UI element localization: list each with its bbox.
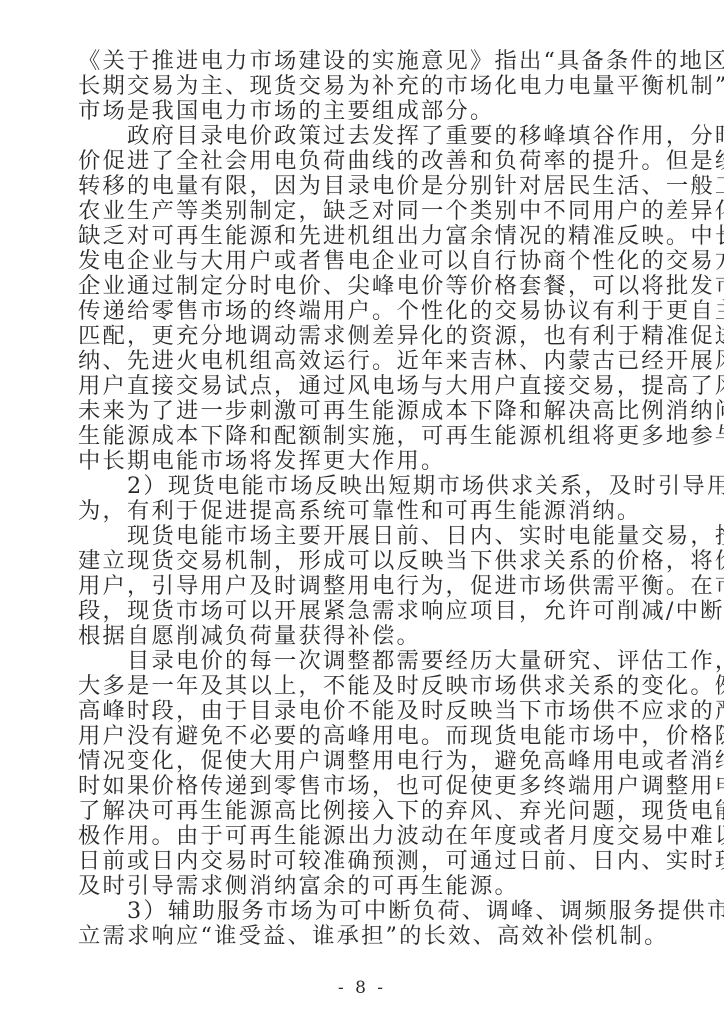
text-line: 发电企业与大用户或者售电企业可以自行协商个性化的交易方案，同时售电 [78, 249, 644, 274]
paragraph: 目录电价的每一次调整都需要经历大量研究、评估工作，调整周期较长， 大多是一年及其… [78, 649, 644, 899]
text-line: 传递给零售市场的终端用户。个性化的交易协议有利于更自主、灵活的负荷 [78, 299, 644, 324]
text-line: 2）现货电能市场反映出短期市场供求关系，及时引导用户调整用电行 [78, 474, 644, 499]
text-line: 匹配，更充分地调动需求侧差异化的资源，也有利于精准促进可再生能源消 [78, 324, 644, 349]
text-line: 根据自愿削减负荷量获得补偿。 [78, 624, 644, 649]
text-line: 长期交易为主、现货交易为补充的市场化电力电量平衡机制”，中长期电能 [78, 74, 644, 99]
text-line: 高峰时段，由于目录电价不能及时反映当下市场供不应求的严重情况，许多 [78, 699, 644, 724]
text-line: 用户直接交易试点，通过风电场与大用户直接交易，提高了风电利用小时。 [78, 374, 644, 399]
text-line: 情况变化，促使大用户调整用电行为，避免高峰用电或者消纳过剩电力，同 [78, 749, 644, 774]
text-line: 用户，引导用户及时调整用电行为，促进市场供需平衡。在市场发展成熟阶 [78, 574, 644, 599]
text-line: 农业生产等类别制定，缺乏对同一个类别中不同用户的差异化考虑，同时也 [78, 199, 644, 224]
text-line: 建立现货交易机制，形成可以反映当下供求关系的价格，将价格信号传递给 [78, 549, 644, 574]
text-line: 未来为了进一步刺激可再生能源成本下降和解决高比例消纳问题，随着可再 [78, 399, 644, 424]
text-line: 极作用。由于可再生能源出力波动在年度或者月度交易中难以准确预测，而 [78, 824, 644, 849]
text-line: 时如果价格传递到零售市场，也可促使更多终端用户调整用电行为。未来为 [78, 774, 644, 799]
text-line: 《关于推进电力市场建设的实施意见》指出“具备条件的地区逐步建立以中 [78, 49, 644, 74]
paragraph: 政府目录电价政策过去发挥了重要的移峰填谷作用，分时电价、尖峰电 价促进了全社会用… [78, 124, 644, 474]
text-line: 政府目录电价政策过去发挥了重要的移峰填谷作用，分时电价、尖峰电 [78, 124, 644, 149]
text-line: 价促进了全社会用电负荷曲线的改善和负荷率的提升。但是统一的政府定价 [78, 149, 644, 174]
text-line: 目录电价的每一次调整都需要经历大量研究、评估工作，调整周期较长， [78, 649, 644, 674]
text-line: 及时引导需求侧消纳富余的可再生能源。 [78, 874, 644, 899]
text-line: 企业通过制定分时电价、尖峰电价等价格套餐，可以将批发市场的价格信号 [78, 274, 644, 299]
text-line: 立需求响应“谁受益、谁承担”的长效、高效补偿机制。 [78, 924, 644, 949]
paragraph: 《关于推进电力市场建设的实施意见》指出“具备条件的地区逐步建立以中 长期交易为主… [78, 49, 644, 124]
page-number: - 8 - [0, 976, 724, 1000]
text-line: 了解决可再生能源高比例接入下的弃风、弃光问题，现货电能交易可发挥积 [78, 799, 644, 824]
paragraph: 2）现货电能市场反映出短期市场供求关系，及时引导用户调整用电行 为，有利于促进提… [78, 474, 644, 524]
text-line: 大多是一年及其以上，不能及时反映市场供求关系的变化。例如在夏季用电 [78, 674, 644, 699]
document-page-body: 《关于推进电力市场建设的实施意见》指出“具备条件的地区逐步建立以中 长期交易为主… [78, 49, 644, 949]
text-line: 段，现货市场可以开展紧急需求响应项目，允许可削减/中断负荷参与竞价， [78, 599, 644, 624]
text-line: 生能源成本下降和配额制实施，可再生能源机组将更多地参与电力市场竞争， [78, 424, 644, 449]
text-line: 纳、先进火电机组高效运行。近年来吉林、内蒙古已经开展风电企业与电力 [78, 349, 644, 374]
text-line: 中长期电能市场将发挥更大作用。 [78, 449, 644, 474]
text-line: 为，有利于促进提高系统可靠性和可再生能源消纳。 [78, 499, 644, 524]
text-line: 转移的电量有限，因为目录电价是分别针对居民生活、一般工商业、大工业、 [78, 174, 644, 199]
paragraph: 现货电能市场主要开展日前、日内、实时电能量交易，按成本最小原则 建立现货交易机制… [78, 524, 644, 649]
text-line: 用户没有避免不必要的高峰用电。而现货电能市场中，价格随实际电力供需 [78, 724, 644, 749]
text-line: 日前或日内交易时可较准确预测，可通过日前、日内、实时现货电能市场， [78, 849, 644, 874]
text-line: 3）辅助服务市场为可中断负荷、调峰、调频服务提供市场化定价，建 [78, 899, 644, 924]
text-line: 缺乏对可再生能源和先进机组出力富余情况的精准反映。中长期电能市场中， [78, 224, 644, 249]
paragraph: 3）辅助服务市场为可中断负荷、调峰、调频服务提供市场化定价，建 立需求响应“谁受… [78, 899, 644, 949]
text-line: 现货电能市场主要开展日前、日内、实时电能量交易，按成本最小原则 [78, 524, 644, 549]
text-line: 市场是我国电力市场的主要组成部分。 [78, 99, 644, 124]
